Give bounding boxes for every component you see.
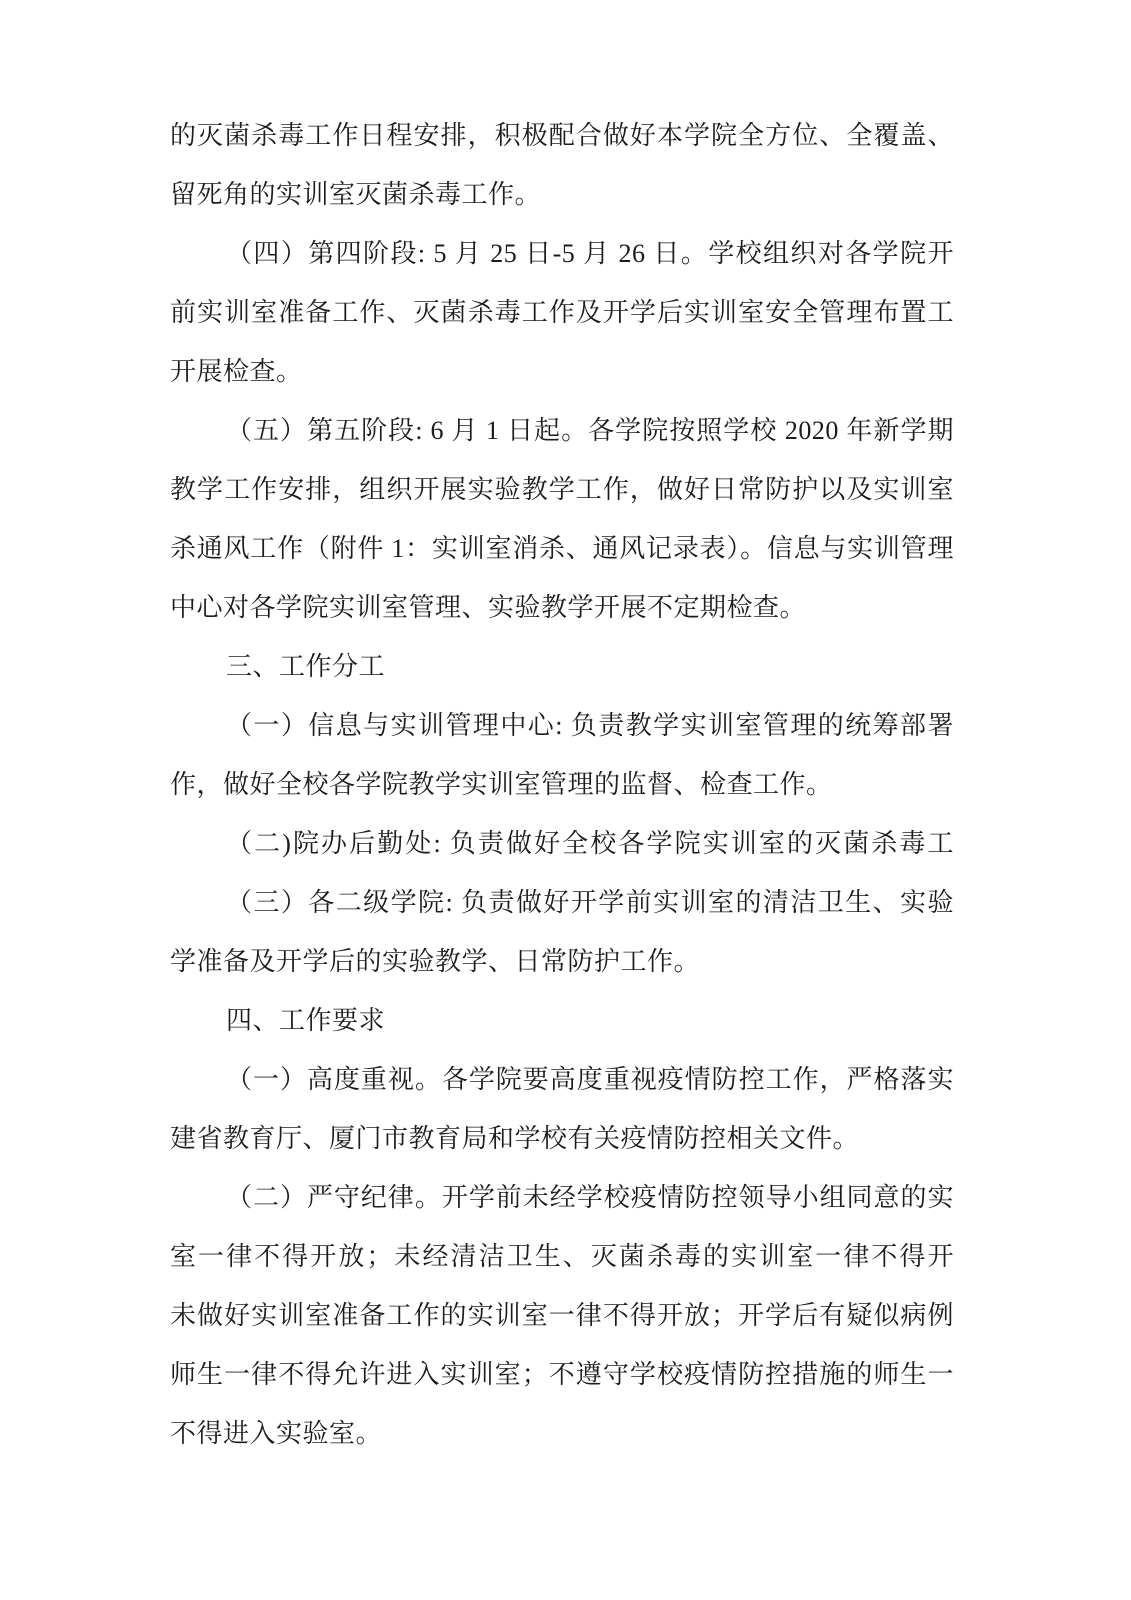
text-line: 建省教育厅、厦门市教育局和学校有关疫情防控相关文件。 [170,1109,954,1168]
text-line: 学准备及开学后的实验教学、日常防护工作。 [170,932,954,991]
text-line: 留死角的实训室灭菌杀毒工作。 [170,165,954,224]
text-line: 室一律不得开放；未经清洁卫生、灭菌杀毒的实训室一律不得开放； [170,1227,954,1286]
text-line: （二）严守纪律。开学前未经学校疫情防控领导小组同意的实训 [170,1168,954,1227]
document-page: 的灭菌杀毒工作日程安排，积极配合做好本学院全方位、全覆盖、不留死角的实训室灭菌杀… [0,0,1131,1600]
text-line: （五）第五阶段: 6 月 1 日起。各学院按照学校 2020 年新学期 [170,401,954,460]
text-line: 的灭菌杀毒工作日程安排，积极配合做好本学院全方位、全覆盖、不 [170,106,954,165]
text-line: 开展检查。 [170,342,954,401]
text-line: 未做好实训室准备工作的实训室一律不得开放；开学后有疑似病例的 [170,1286,954,1345]
text-line: 四、工作要求 [170,991,954,1050]
text-line: 前实训室准备工作、灭菌杀毒工作及开学后实训室安全管理布置工作 [170,283,954,342]
text-line: 教学工作安排，组织开展实验教学工作，做好日常防护以及实训室消 [170,460,954,519]
text-line: （一）信息与实训管理中心: 负责教学实训室管理的统筹部署工 [170,696,954,755]
text-line: （一）高度重视。各学院要高度重视疫情防控工作，严格落实福 [170,1050,954,1109]
text-line: 杀通风工作（附件 1：实训室消杀、通风记录表）。信息与实训管理 [170,519,954,578]
text-line: 作，做好全校各学院教学实训室管理的监督、检查工作。 [170,755,954,814]
text-line: （二)院办后勤处: 负责做好全校各学院实训室的灭菌杀毒工作。 [170,814,954,873]
text-line: 不得进入实验室。 [170,1404,954,1463]
text-line: （三）各二级学院: 负责做好开学前实训室的清洁卫生、实验教 [170,873,954,932]
text-line: 师生一律不得允许进入实训室；不遵守学校疫情防控措施的师生一律 [170,1345,954,1404]
text-line: 中心对各学院实训室管理、实验教学开展不定期检查。 [170,578,954,637]
text-line: （四）第四阶段: 5 月 25 日-5 月 26 日。学校组织对各学院开学 [170,224,954,283]
text-line: 三、工作分工 [170,637,954,696]
document-body: 的灭菌杀毒工作日程安排，积极配合做好本学院全方位、全覆盖、不留死角的实训室灭菌杀… [170,106,954,1463]
